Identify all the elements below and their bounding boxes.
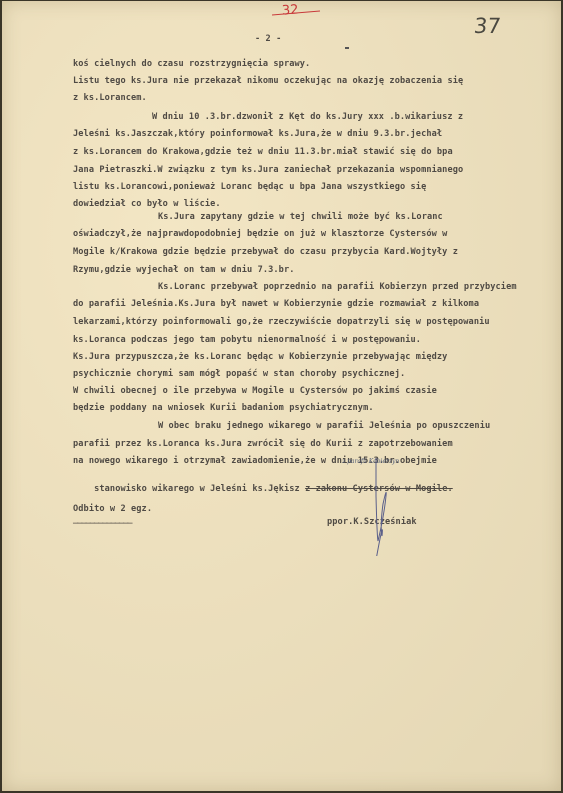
text-line: parafii przez ks.Loranca ks.Jura zwrócił… bbox=[73, 439, 453, 449]
text-line: W dniu 10 .3.br.dzwonił z Kęt do ks.Jury… bbox=[152, 112, 463, 122]
document-page: 32 37 - 2 - koś cielnych do czasu rozstr… bbox=[2, 1, 561, 791]
archive-page-number: 37 bbox=[473, 14, 502, 38]
ink-speck bbox=[345, 47, 349, 49]
text-line: Ks.Loranc przebywał poprzednio na parafi… bbox=[158, 282, 517, 292]
text-line: oświadczył,że najprawdopodobniej będzie … bbox=[73, 229, 447, 239]
text-line: listu ks.Lorancowi,ponieważ Loranc będąc… bbox=[73, 182, 426, 192]
text-line: z ks.Lorancem do Krakowa,gdzie też w dni… bbox=[73, 147, 453, 157]
text-line: ks.Loranca podczas jego tam pobytu nieno… bbox=[73, 335, 421, 345]
text-line: Jana Pietraszki.W związku z tym ks.Jura … bbox=[73, 165, 463, 175]
text-line: Ks.Jura przypuszcza,że ks.Loranc będąc w… bbox=[73, 352, 447, 362]
text-line: W chwili obecnej o ile przebywa w Mogile… bbox=[73, 386, 437, 396]
text-line: Mogile k/Krakowa gdzie będzie przebywał … bbox=[73, 247, 458, 257]
text-line: będzie poddany na wniosek Kurii badaniom… bbox=[73, 403, 374, 413]
text-line-content: stanowisko wikarego w Jeleśni ks.Jękisz bbox=[94, 484, 300, 494]
red-strike-mark bbox=[272, 9, 322, 17]
text-line: do parafii Jeleśnia.Ks.Jura był nawet w … bbox=[73, 299, 479, 309]
text-line: koś cielnych do czasu rozstrzygnięcia sp… bbox=[73, 59, 310, 69]
separator-line: ────────────── bbox=[73, 519, 131, 529]
text-line: W obec braku jednego wikarego w parafii … bbox=[158, 421, 490, 431]
text-line: Jeleśni ks.Jaszczak,który poinformował k… bbox=[73, 129, 442, 139]
text-line: dowiedział co było w liście. bbox=[73, 199, 221, 209]
page-number: - 2 - bbox=[255, 34, 281, 44]
copies-note: Odbito w 2 egz. bbox=[73, 504, 152, 514]
text-line: z ks.Lorancem. bbox=[73, 93, 147, 103]
signature-icon bbox=[362, 456, 402, 556]
text-line: psychicznie chorymi sam mógł popaść w st… bbox=[73, 369, 405, 379]
text-line: Rzymu,gdzie wyjechał on tam w dniu 7.3.b… bbox=[73, 265, 295, 275]
text-line: Listu tego ks.Jura nie przekazał nikomu … bbox=[73, 76, 463, 86]
text-line: Ks.Jura zapytany gdzie w tej chwili może… bbox=[158, 212, 443, 222]
text-line: lekarzami,którzy poinformowali go,że rze… bbox=[73, 317, 490, 327]
